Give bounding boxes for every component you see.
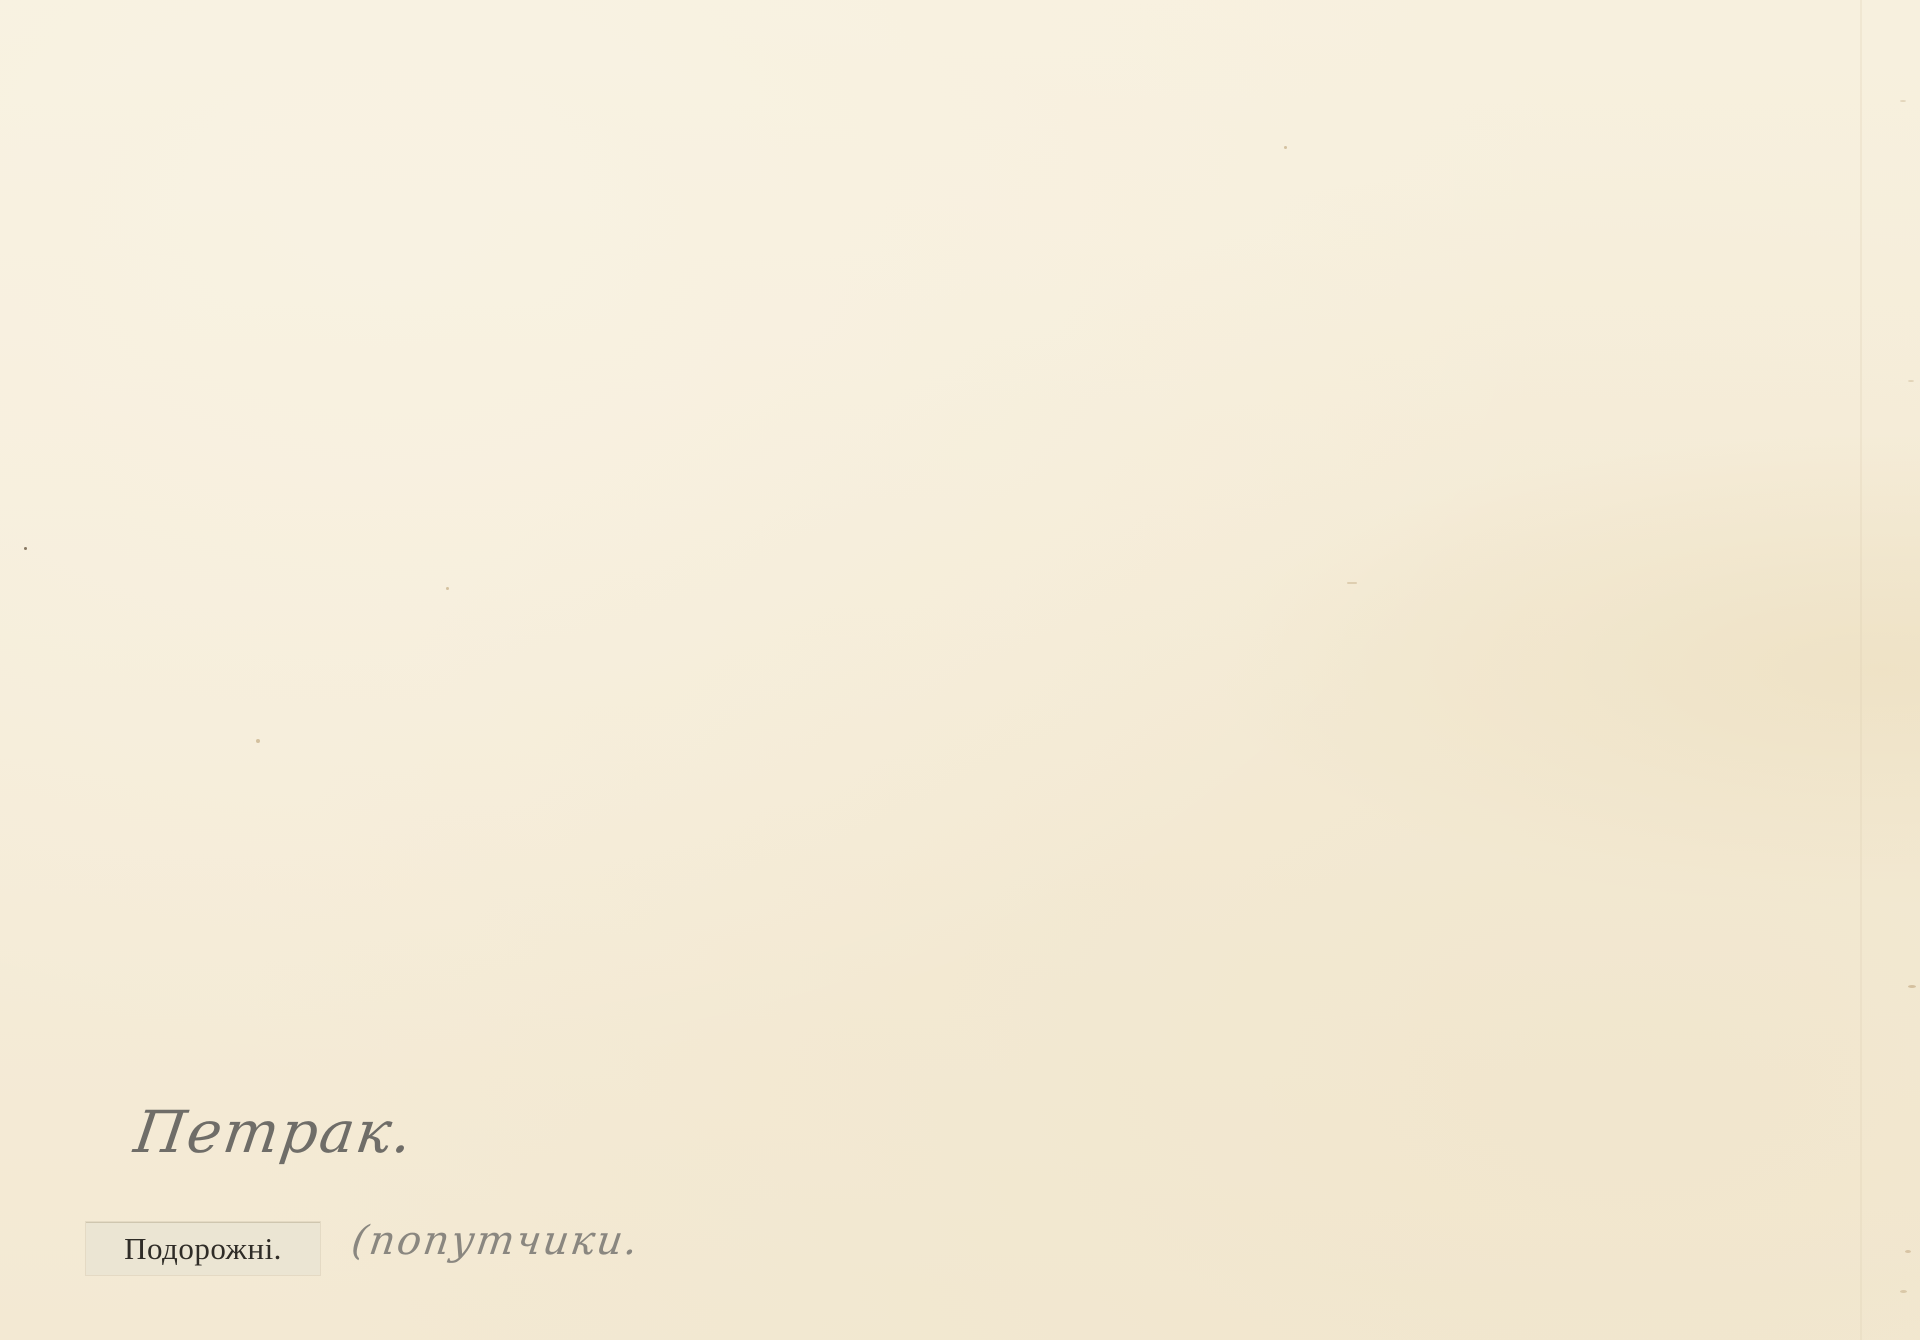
paper-speck [1900, 100, 1906, 102]
paper-speck [1908, 985, 1916, 988]
paper-texture-line [1860, 0, 1862, 1340]
paper-speck [256, 739, 260, 743]
paper-speck [1900, 1290, 1907, 1293]
paper-speck [24, 547, 27, 550]
paper-speck [1284, 146, 1287, 149]
paper-speck [1347, 582, 1357, 584]
handwritten-author-name: Петрак. [130, 1098, 418, 1166]
handwritten-translation: (попутчики. [349, 1218, 643, 1264]
printed-title-text: Подорожні. [124, 1231, 282, 1267]
paper-speck [1908, 380, 1914, 382]
card-back: Петрак. Подорожні. (попутчики. [0, 0, 1920, 1340]
paper-speck [446, 587, 449, 590]
printed-title-label: Подорожні. [86, 1222, 320, 1275]
paper-speck [1905, 1250, 1911, 1253]
